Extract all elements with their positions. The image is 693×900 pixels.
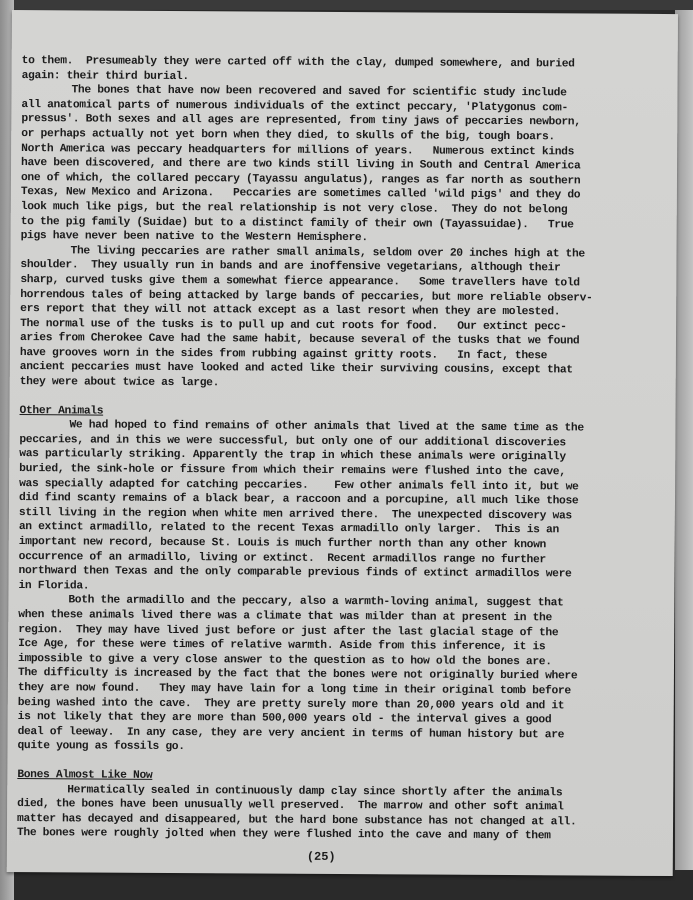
background-top — [0, 0, 693, 10]
paragraph: The bones that have now been recovered a… — [21, 83, 662, 247]
paragraph: to them. Presumeably they were carted of… — [22, 54, 662, 87]
section-heading: Other Animals — [20, 404, 104, 419]
binder-edge — [675, 10, 693, 870]
paragraph: The living peccaries are rather small an… — [20, 244, 661, 394]
paragraph: Both the armadillo and the peccary, also… — [17, 593, 658, 757]
page-number: (25) — [307, 850, 336, 864]
paragraph: We had hoped to find remains of other an… — [18, 418, 659, 597]
document-page: to them. Presumeably they were carted of… — [7, 10, 678, 876]
paragraph: Hermatically sealed in continuously damp… — [17, 783, 657, 845]
page-body: to them. Presumeably they were carted of… — [17, 54, 662, 845]
section-heading-wrapper: Bones Almost Like Now — [17, 758, 657, 787]
section-heading: Bones Almost Like Now — [17, 768, 152, 783]
